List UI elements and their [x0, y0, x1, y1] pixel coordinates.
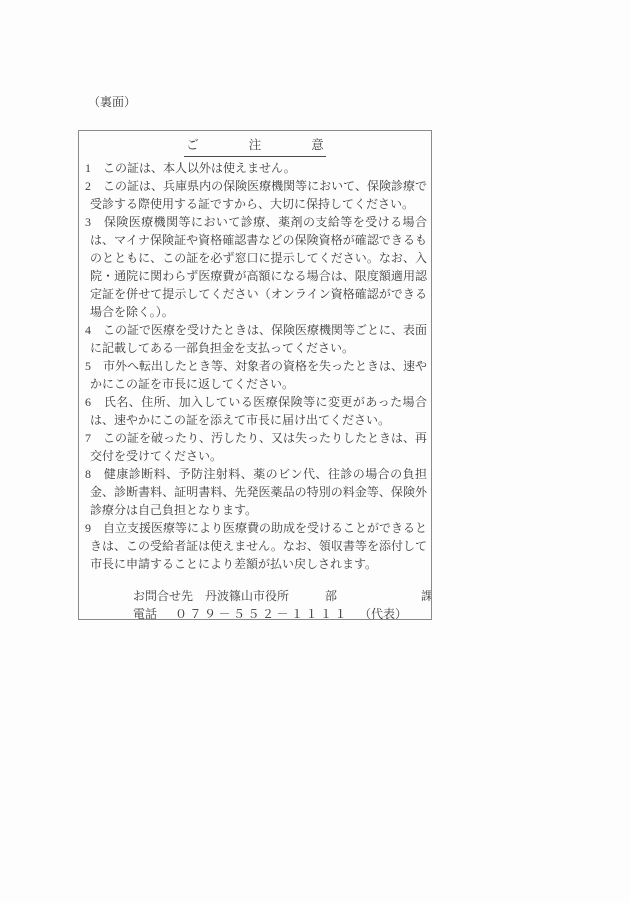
- phone-number: ０７９－５５２－１１１１: [175, 607, 349, 620]
- contact-phone-line: 電話０７９－５５２－１１１１（代表）: [133, 605, 427, 620]
- back-side-label: （裏面）: [88, 94, 136, 110]
- notice-item-4: 4 この証で医療を受けたときは、保険医療機関等ごとに、表面に記載してある一部負担…: [83, 321, 427, 357]
- notice-item-1: 1 この証は、本人以外は使えません。: [83, 159, 427, 177]
- contact-address-line: お問合せ先 丹波篠山市役所 部 課: [133, 587, 427, 605]
- phone-note: （代表）: [359, 607, 407, 620]
- notice-item-2: 2 この証は、兵庫県内の保険医療機関等において、保険診療で受診する際使用する証で…: [83, 177, 427, 213]
- notice-item-9: 9 自立支援医療等により医療費の助成を受けることができるときは、この受給者証は使…: [83, 519, 427, 573]
- notice-box: ご 注 意 1 この証は、本人以外は使えません。 2 この証は、兵庫県内の保険医…: [78, 130, 432, 620]
- notice-items-list: 1 この証は、本人以外は使えません。 2 この証は、兵庫県内の保険医療機関等にお…: [83, 159, 427, 573]
- phone-label: 電話: [133, 607, 157, 620]
- notice-item-5: 5 市外へ転出したとき等、対象者の資格を失ったときは、速やかにこの証を市長に返し…: [83, 357, 427, 393]
- document-page: （裏面） ご 注 意 1 この証は、本人以外は使えません。 2 この証は、兵庫県…: [0, 0, 630, 903]
- notice-title-row: ご 注 意: [83, 135, 427, 157]
- notice-item-6: 6 氏名、住所、加入している医療保険等に変更があった場合は、速やかにこの証を添え…: [83, 393, 427, 429]
- notice-item-3: 3 保険医療機関等において診療、薬剤の支給等を受ける場合は、マイナ保険証や資格確…: [83, 213, 427, 321]
- notice-item-8: 8 健康診断料、予防注射料、薬のビン代、往診の場合の負担金、診断書料、証明書料、…: [83, 465, 427, 519]
- contact-block: お問合せ先 丹波篠山市役所 部 課 電話０７９－５５２－１１１１（代表）: [83, 587, 427, 620]
- notice-item-7: 7 この証を破ったり、汚したり、又は失ったりしたときは、再交付を受けてください。: [83, 429, 427, 465]
- notice-title: ご 注 意: [184, 135, 326, 157]
